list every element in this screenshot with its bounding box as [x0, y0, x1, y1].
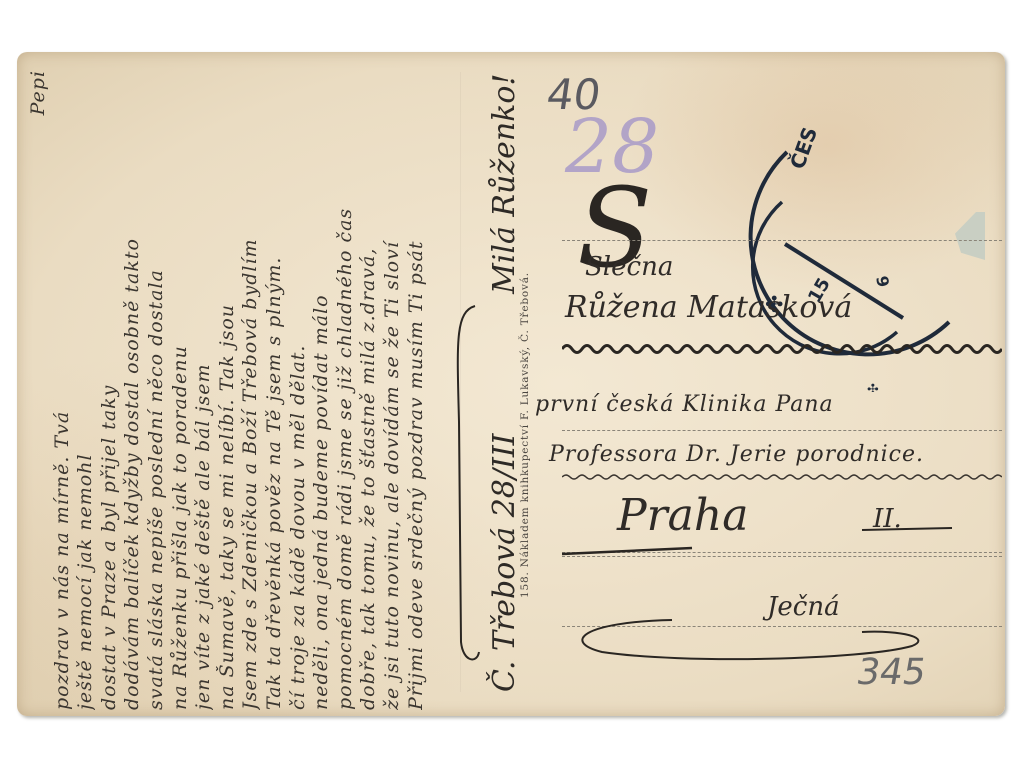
svg-text:✣: ✣: [867, 382, 879, 392]
message-line: pomocném domě rádi jsme se již chladného…: [334, 70, 358, 710]
message-line: Tak ta dřevěnká pověz na Tě jsem s plným…: [263, 70, 287, 710]
street-flourish: [562, 612, 922, 672]
message-line: ještě nemocí jak nemohl: [74, 70, 98, 710]
address-line-1: první česká Klinika Pana: [535, 392, 834, 417]
postcard-back: Pepi pozdrav v nás na mírně. Tvá ještě n…: [17, 52, 1005, 716]
message-line: Přijmi odeve srdečný pozdrav musím Ti ps…: [405, 70, 429, 710]
place-date-greeting: Č. Třebová 28/III Milá Růženko!: [487, 72, 522, 692]
message-line: že jsi tuto novinu, ale dovídám se že Ti…: [381, 70, 405, 710]
message-line: Pepi: [27, 70, 51, 710]
handwritten-message: Pepi pozdrav v nás na mírně. Tvá ještě n…: [27, 70, 497, 710]
message-line: dostat v Praze a byl přijel taky: [98, 70, 122, 710]
message-line: čí troje za kádě dovou v měl dělat.: [287, 70, 311, 710]
city-underline: [562, 522, 982, 562]
address-salutation: Slečna: [585, 252, 673, 282]
greeting: Milá Růženko!: [487, 74, 522, 294]
greeting-flourish: [453, 302, 483, 672]
message-line: pozdrav v nás na mírně. Tvá: [51, 70, 75, 710]
wavy-underline: [562, 472, 1002, 482]
address-line-2: Professora Dr. Jerie porodnice.: [549, 442, 924, 467]
message-line: jen víte z jaké deště ale bál jsem: [192, 70, 216, 710]
address-rule: [562, 240, 1002, 241]
message-line: Jsem zde s Zdeničkou a Boží Třebová bydl…: [239, 70, 263, 710]
message-line: dobře, tak tomu, že to šťastně milá z.dr…: [357, 70, 381, 710]
message-line: na Růženku přišla jak to poradenu: [169, 70, 193, 710]
message-line: na Šumavě, taky se mi nelíbí. Tak jsou: [216, 70, 240, 710]
address-name: Růžena Matasková: [565, 290, 852, 325]
message-line: neděli, ona jedná budeme povídat málo: [310, 70, 334, 710]
publisher-imprint: 158. Nákladem knihkupectví F. Lukavský, …: [519, 272, 531, 598]
message-line: dodávám balíček kdyžby dostal osobně tak…: [121, 70, 145, 710]
message-line: svatá sláska nepíše poslední něco dostal…: [145, 70, 169, 710]
wavy-underline: [562, 342, 1002, 356]
place-and-date: Č. Třebová 28/III: [487, 433, 522, 692]
address-rule: [562, 430, 1002, 431]
